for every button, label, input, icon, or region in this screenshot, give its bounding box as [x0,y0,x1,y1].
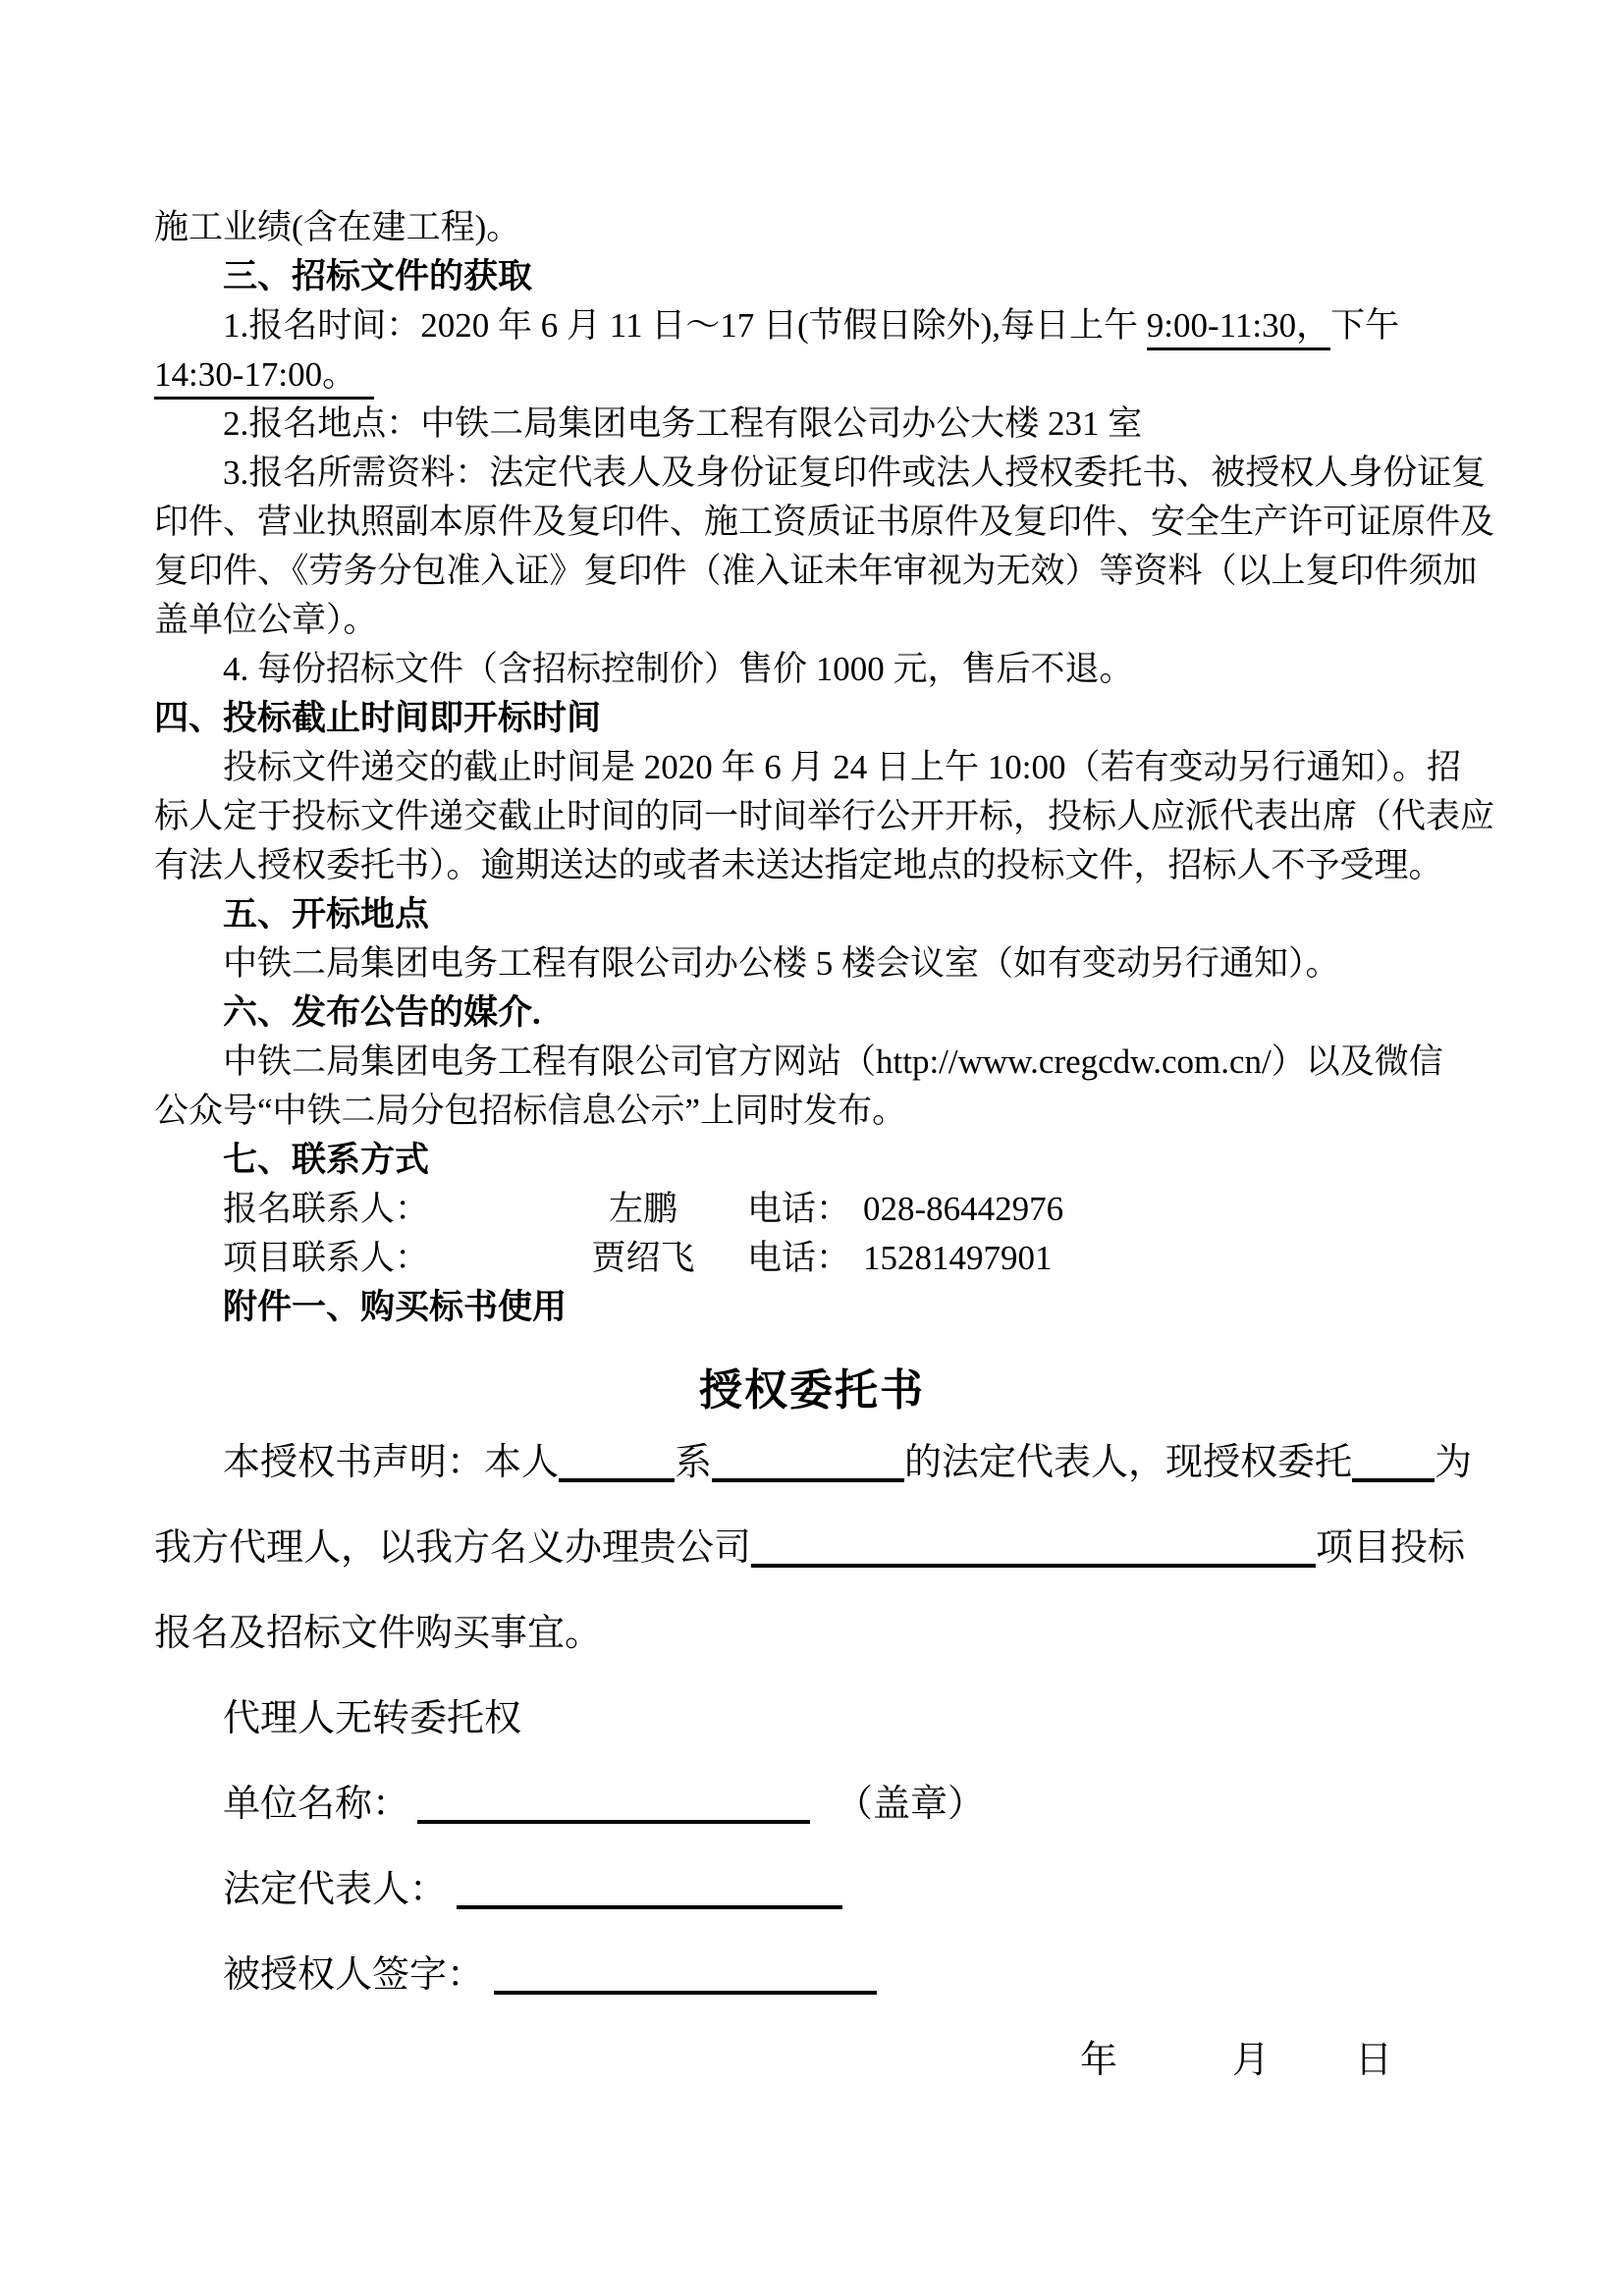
contact-row: 报名联系人：左鹏电话：028-86442976 [154,1185,1470,1234]
declaration-line-2: 我方代理人，以我方名义办理贵公司项目投标 [154,1506,1470,1591]
seal-label: （盖章） [836,1784,985,1825]
contact-phone-number: 15281497901 [863,1239,1053,1277]
morning-time-underlined: 9:00-11:30， [1147,304,1330,350]
company-name-label: 单位名称： [223,1784,409,1825]
section4-paragraph-line: 有法人授权委托书）。逾期送达的或者未送达指定地点的投标文件，招标人不予受理。 [154,841,1470,890]
company-of-blank [712,1478,904,1482]
declaration-text: 系 [675,1442,712,1483]
date-month-label: 月 [1232,2040,1270,2081]
company-name-row: 单位名称：（盖章） [154,1762,1470,1847]
section6-heading: 六、发布公告的媒介. [154,988,1470,1038]
afternoon-time-underlined: 14:30-17:00。 [154,353,374,400]
date-row: 年月日 [154,2018,1470,2104]
contact-label: 项目联系人： [223,1234,539,1283]
project-name-blank [751,1564,1316,1568]
authorization-title: 授权委托书 [154,1362,1470,1420]
contact-label: 报名联系人： [223,1185,539,1234]
section4-heading: 四、投标截止时间即开标时间 [154,694,1470,743]
page-content: 施工业绩(含在建工程)。 三、招标文件的获取 1.报名时间：2020 年 6 月… [0,0,1624,2104]
company-name-blank [417,1820,810,1824]
tender-notice-section: 施工业绩(含在建工程)。 三、招标文件的获取 1.报名时间：2020 年 6 月… [154,203,1470,1332]
section3-item4-line: 4. 每份招标文件（含招标控制价）售价 1000 元，售后不退。 [154,645,1470,694]
authorization-letter-section: 授权委托书 本授权书声明：本人系的法定代表人，现授权委托为 我方代理人，以我方名… [154,1362,1470,2104]
legal-rep-label: 法定代表人： [223,1869,447,1910]
attachment-heading: 附件一、购买标书使用 [154,1283,1470,1332]
signature-blank [494,1991,877,1995]
legal-rep-row: 法定代表人： [154,1847,1470,1933]
section3-item2-line: 2.报名地点：中铁二局集团电务工程有限公司办公大楼 231 室 [154,400,1470,449]
date-year-label: 年 [1080,2040,1117,2081]
section6-paragraph-line: 公众号“中铁二局分包招标信息公示”上同时发布。 [154,1087,1470,1136]
contact-phone-label: 电话： [747,1185,863,1234]
contact-name: 左鹏 [539,1185,747,1234]
declaration-text: 为 [1435,1442,1472,1483]
declaration-line-1: 本授权书声明：本人系的法定代表人，现授权委托为 [154,1420,1470,1506]
item1-text: 1.报名时间：2020 年 6 月 11 日～17 日(节假日除外),每日上午 [223,306,1147,345]
signature-label: 被授权人签字： [223,1954,484,1996]
agent-name-blank [1352,1478,1435,1482]
contact-row: 项目联系人：贾绍飞电话：15281497901 [154,1234,1470,1283]
declaration-text: 本授权书声明：本人 [223,1442,559,1483]
section3-heading: 三、招标文件的获取 [154,252,1470,301]
document-page: 施工业绩(含在建工程)。 三、招标文件的获取 1.报名时间：2020 年 6 月… [0,0,1624,2296]
section6-paragraph-line: 中铁二局集团电务工程有限公司官方网站（http://www.cregcdw.co… [154,1038,1470,1087]
section4-paragraph-line: 标人定于投标文件递交截止时间的同一时间举行公开开标，投标人应派代表出席（代表应 [154,792,1470,841]
date-day-label: 日 [1355,2040,1392,2081]
signature-row: 被授权人签字： [154,1933,1470,2018]
contact-phone-number: 028-86442976 [863,1190,1063,1228]
intro-continuation-line: 施工业绩(含在建工程)。 [154,203,1470,252]
declaration-text: 的法定代表人，现授权委托 [904,1442,1352,1483]
section3-item3-line: 印件、营业执照副本原件及复印件、施工资质证书原件及复印件、安全生产许可证原件及 [154,498,1470,547]
section5-heading: 五、开标地点 [154,890,1470,939]
section3-item3-line: 复印件、《劳务分包准入证》复印件（准入证未年审视为无效）等资料（以上复印件须加 [154,547,1470,596]
legal-rep-blank [457,1905,842,1909]
declaration-text: 我方代理人，以我方名义办理贵公司 [154,1527,751,1569]
section3-item1-line: 1.报名时间：2020 年 6 月 11 日～17 日(节假日除外),每日上午 … [154,301,1470,350]
section7-heading: 七、联系方式 [154,1136,1470,1185]
declaration-line-3: 报名及招标文件购买事宜。 [154,1591,1470,1677]
principal-name-blank [559,1478,675,1482]
section3-item3-line: 3.报名所需资料：法定代表人及身份证复印件或法人授权委托书、被授权人身份证复 [154,449,1470,498]
section3-item3-line: 盖单位公章）。 [154,596,1470,645]
declaration-text: 项目投标 [1316,1527,1465,1569]
section3-item1-continuation-line: 14:30-17:00。 [154,350,1470,400]
item1-text-after: 下午 [1330,306,1399,345]
section5-content-line: 中铁二局集团电务工程有限公司办公楼 5 楼会议室（如有变动另行通知）。 [154,939,1470,988]
contact-phone-label: 电话： [747,1234,863,1283]
section4-paragraph-line: 投标文件递交的截止时间是 2020 年 6 月 24 日上午 10:00（若有变… [154,743,1470,792]
contact-name: 贾绍飞 [539,1234,747,1283]
no-subdelegation-line: 代理人无转委托权 [154,1677,1470,1762]
